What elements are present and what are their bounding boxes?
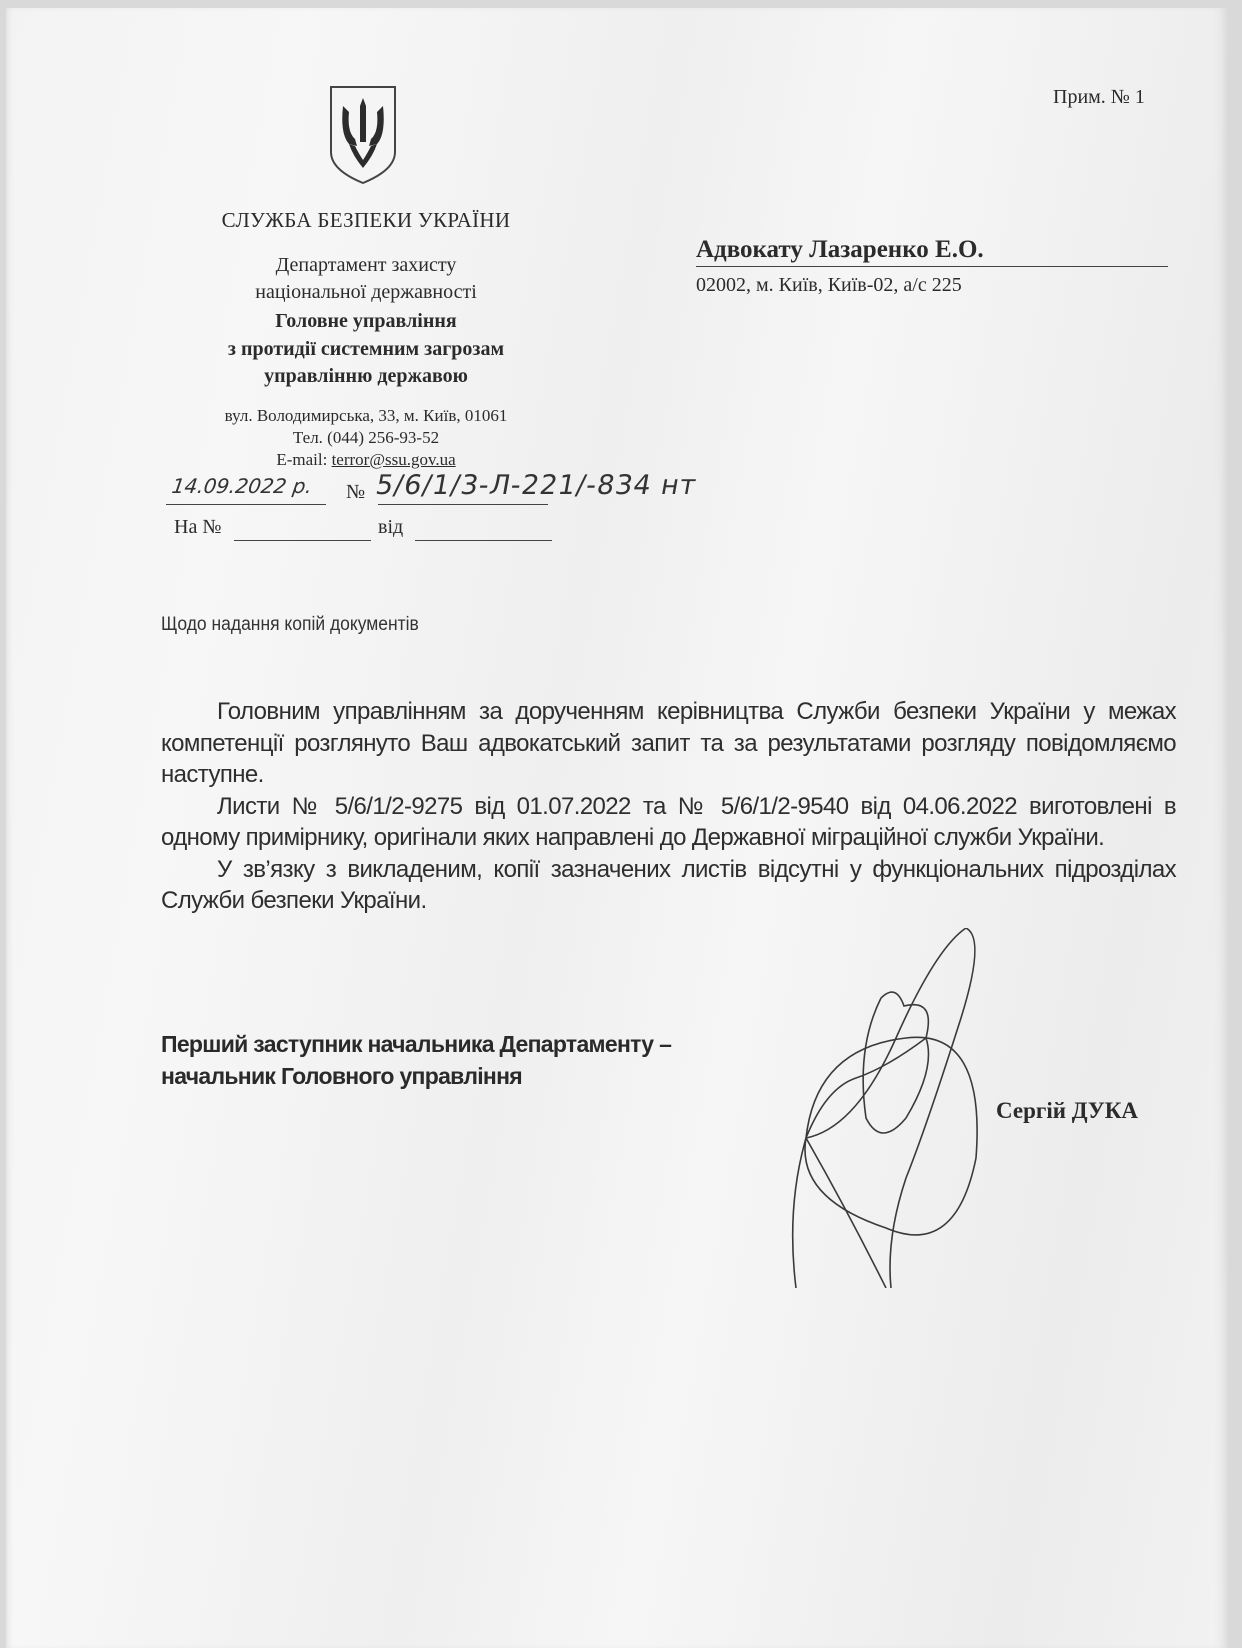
handwritten-signature-icon — [786, 928, 1016, 1288]
outgoing-date-handwritten: 14.09.2022 р. — [170, 474, 313, 498]
from-date-label: від — [378, 516, 403, 539]
signatory-title-line-2: начальник Головного управління — [161, 1060, 671, 1092]
body-paragraph-3: У зв’язку з викладеним, копії зазначених… — [161, 854, 1176, 917]
recipient-address: 02002, м. Київ, Київ-02, а/с 225 — [696, 274, 962, 297]
annex-label: Прим. № 1 — [1053, 86, 1145, 109]
body-paragraph-2: Листи № 5/6/1/2-9275 від 01.07.2022 та №… — [161, 791, 1176, 854]
street-address: вул. Володимирська, 33, м. Київ, 01061 — [156, 405, 576, 427]
outgoing-number-handwritten: 5/6/1/3-Л-221/-834 нт — [373, 470, 699, 501]
letter-subject: Щодо надання копій документів — [161, 614, 419, 636]
trident-coat-of-arms-icon — [327, 84, 399, 186]
email-label: E-mail: — [276, 450, 331, 469]
department-line-1: Департамент захисту — [156, 252, 576, 279]
recipient-underline — [696, 266, 1168, 267]
signatory-title: Перший заступник начальника Департаменту… — [161, 1028, 671, 1092]
organization-name: СЛУЖБА БЕЗПЕКИ УКРАЇНИ — [156, 208, 576, 233]
in-reply-to-blank — [234, 540, 371, 541]
in-reply-to-label: На № — [174, 516, 221, 539]
recipient-name: Адвокату Лазаренко Е.О. — [696, 236, 984, 264]
from-date-blank — [415, 540, 552, 541]
email-link[interactable]: terror@ssu.gov.ua — [332, 450, 456, 469]
main-directorate-line-2: з протидії системним загрозам — [156, 336, 576, 363]
main-directorate-line-3: управлінню державою — [156, 363, 576, 390]
outgoing-number-label: № — [346, 481, 365, 504]
number-underline — [378, 504, 548, 505]
signatory-name: Сергій ДУКА — [996, 1098, 1138, 1124]
department-line-2: національної державності — [156, 279, 576, 306]
phone-number: Тел. (044) 256-93-52 — [156, 427, 576, 449]
date-underline — [166, 504, 326, 505]
signatory-title-line-1: Перший заступник начальника Департаменту… — [161, 1028, 671, 1060]
body-paragraph-1: Головним управлінням за дорученням керів… — [161, 696, 1176, 791]
letter-body: Головним управлінням за дорученням керів… — [161, 696, 1176, 917]
main-directorate-line-1: Головне управління — [156, 308, 576, 335]
document-page: СЛУЖБА БЕЗПЕКИ УКРАЇНИ Департамент захис… — [6, 8, 1228, 1642]
email-line: E-mail: terror@ssu.gov.ua — [156, 449, 576, 471]
